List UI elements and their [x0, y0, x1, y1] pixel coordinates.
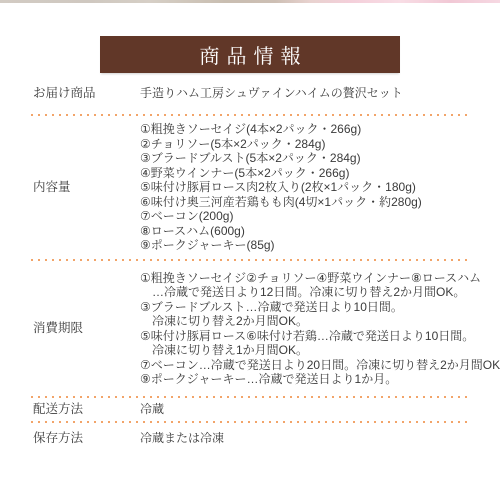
row-content: ①粗挽きソーセイジ②チョリソー④野菜ウインナー⑧ロースハム …冷蔵で発送日より1…	[140, 271, 500, 387]
table-row: 内容量 ①粗挽きソーセイジ(4本×2パック・266g)②チョリソー(5本×2パッ…	[0, 116, 500, 259]
product-info-page: 商品情報 お届け商品 手造りハム工房シュヴァインハイムの贅沢セット 内容量 ①粗…	[0, 0, 500, 454]
row-label: 保存方法	[33, 431, 140, 446]
content-line: ⑨ポークジャーキー(85g)	[140, 238, 422, 253]
content-line: ⑦ベーコン(200g)	[140, 209, 422, 224]
row-content: 冷蔵	[140, 402, 164, 417]
content-line: 冷凍に切り替え1か月間OK。	[140, 343, 500, 358]
table-row: 配送方法 冷蔵	[0, 398, 500, 421]
content-line: 冷凍に切り替え2か月間OK。	[140, 314, 500, 329]
content-line: ③ブラードブルスト(5本×2パック・284g)	[140, 151, 422, 166]
row-label: 消費期限	[33, 321, 140, 336]
content-line: ⑦ベーコン…冷蔵で発送日より20日間。冷凍に切り替え2か月間OK。	[140, 358, 500, 373]
page-title: 商品情報	[193, 40, 308, 69]
content-line: ①粗挽きソーセイジ(4本×2パック・266g)	[140, 122, 422, 137]
content-line: ④野菜ウインナー(5本×2パック・266g)	[140, 166, 422, 181]
table-row: お届け商品 手造りハム工房シュヴァインハイムの贅沢セット	[0, 73, 500, 114]
content-line: ⑤味付け豚肩ロース⑥味付け若鶏…冷蔵で発送日より10日間。	[140, 329, 500, 344]
content-line: 冷蔵	[140, 402, 164, 417]
content-line: ②チョリソー(5本×2パック・284g)	[140, 137, 422, 152]
content-line: ⑥味付け奥三河産若鶏もも肉(4切×1パック・約280g)	[140, 195, 422, 210]
content-line: ③ブラードブルスト…冷蔵で発送日より10日間。	[140, 300, 500, 315]
product-info-table: お届け商品 手造りハム工房シュヴァインハイムの贅沢セット 内容量 ①粗挽きソーセ…	[0, 73, 500, 454]
row-label: 内容量	[33, 180, 140, 195]
section-header-banner: 商品情報	[100, 36, 400, 73]
content-line: 手造りハム工房シュヴァインハイムの贅沢セット	[140, 86, 403, 101]
content-line: ⑤味付け豚肩ロース肉2枚入り(2枚×1パック・180g)	[140, 180, 422, 195]
decorative-top-strip	[0, 0, 500, 3]
content-line: ⑨ポークジャーキー…冷蔵で発送日より1か月。	[140, 372, 500, 387]
content-line: 冷蔵または冷凍	[140, 431, 224, 446]
row-content: 手造りハム工房シュヴァインハイムの贅沢セット	[140, 86, 403, 101]
row-label: 配送方法	[33, 402, 140, 417]
table-row: 消費期限 ①粗挽きソーセイジ②チョリソー④野菜ウインナー⑧ロースハム …冷蔵で発…	[0, 261, 500, 396]
row-content: ①粗挽きソーセイジ(4本×2パック・266g)②チョリソー(5本×2パック・28…	[140, 122, 422, 253]
content-line: ⑧ロースハム(600g)	[140, 224, 422, 239]
row-label: お届け商品	[33, 86, 140, 101]
content-line: ①粗挽きソーセイジ②チョリソー④野菜ウインナー⑧ロースハム	[140, 271, 500, 286]
row-content: 冷蔵または冷凍	[140, 431, 224, 446]
table-row: 保存方法 冷蔵または冷凍	[0, 423, 500, 454]
content-line: …冷蔵で発送日より12日間。冷凍に切り替え2か月間OK。	[140, 285, 500, 300]
